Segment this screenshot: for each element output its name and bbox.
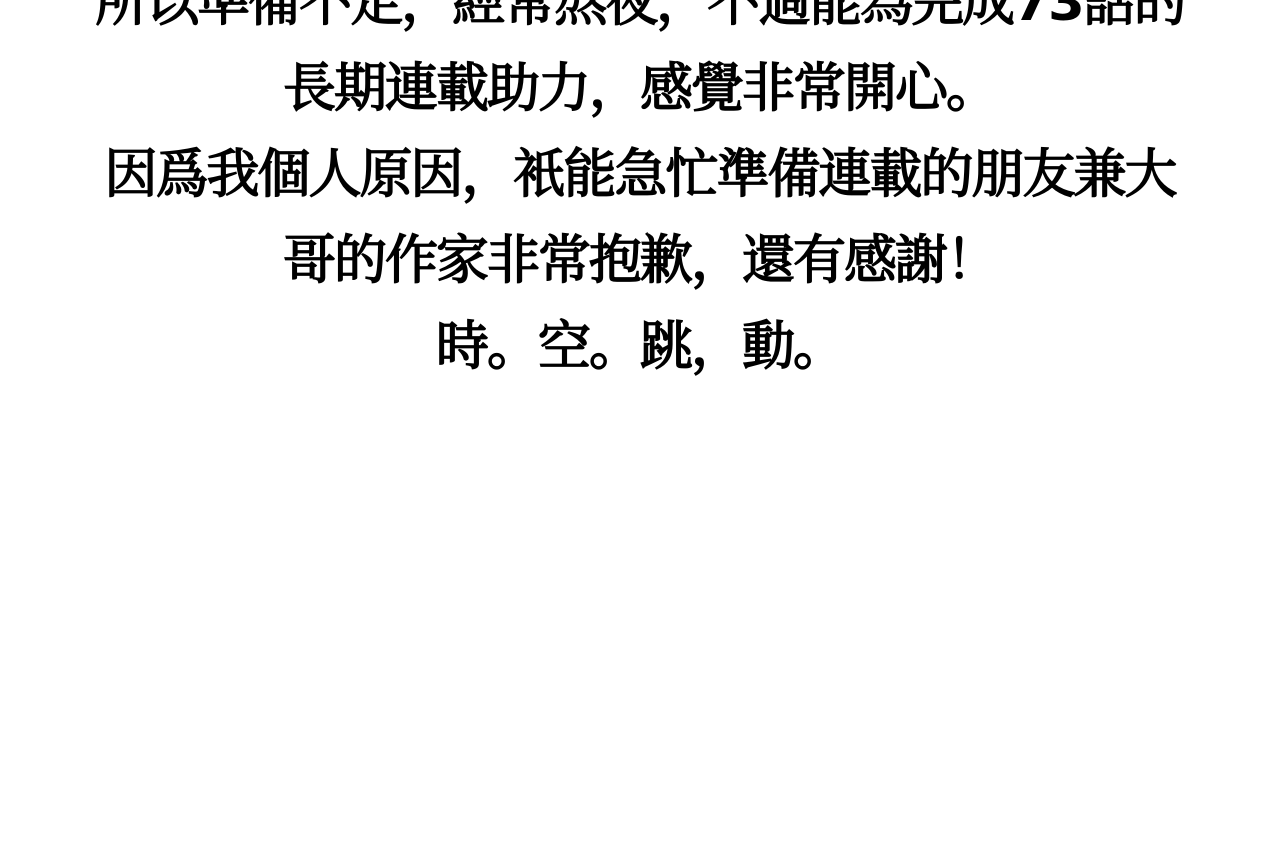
text-line-5: 時。空。跳，動。	[0, 304, 1280, 390]
comic-note-page: 所以準備不足，經常熬夜，不過能為完成73話的 長期連載助力，感覺非常開心。 因爲…	[0, 0, 1280, 853]
text-line-2: 長期連載助力，感覺非常開心。	[0, 46, 1280, 132]
text-line-3: 因爲我個人原因，衹能急忙準備連載的朋友兼大	[0, 132, 1280, 218]
text-line-4: 哥的作家非常抱歉，還有感謝！	[0, 218, 1280, 304]
text-line-1: 所以準備不足，經常熬夜，不過能為完成73話的	[0, 0, 1280, 46]
translator-note-text: 所以準備不足，經常熬夜，不過能為完成73話的 長期連載助力，感覺非常開心。 因爲…	[0, 0, 1280, 390]
